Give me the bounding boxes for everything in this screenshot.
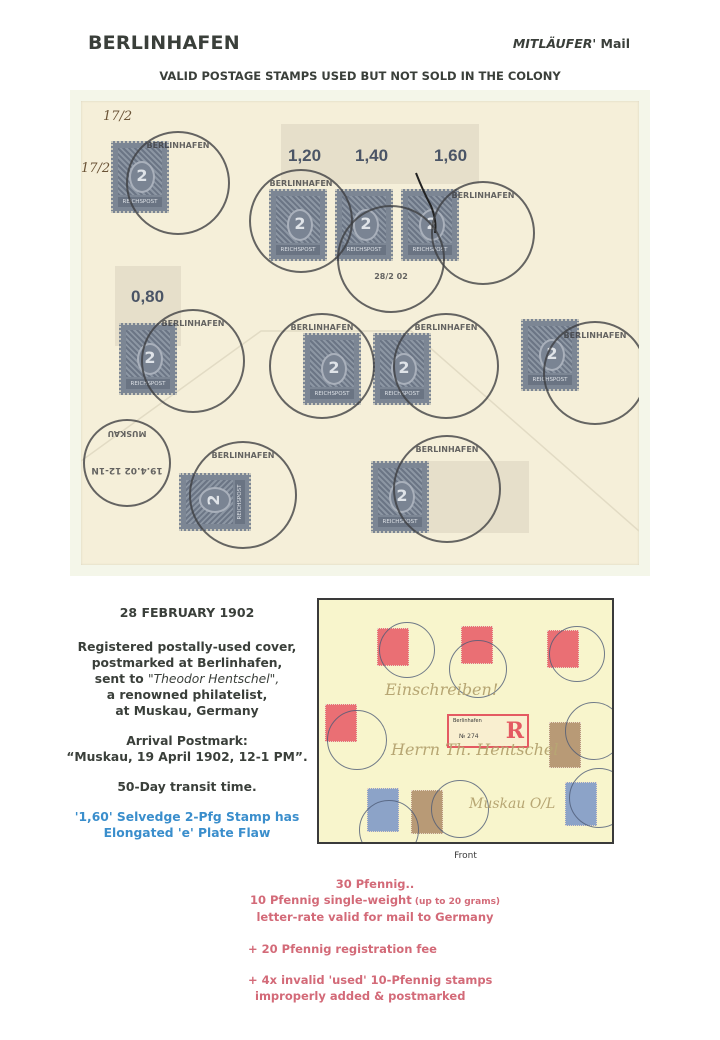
berlinhafen-postmark: BERLINHAFEN [126, 131, 230, 235]
selvedge-value: 1,20 [288, 146, 321, 166]
cover-details: Registered postally-used cover, postmark… [62, 639, 312, 719]
cover-date: 28 FEBRUARY 1902 [62, 605, 312, 621]
mail-type-label: MITLÄUFER' Mail [513, 36, 630, 51]
rate-total: 30 Pfennig.. [200, 877, 550, 893]
page-headline: VALID POSTAGE STAMPS USED BUT NOT SOLD I… [0, 69, 720, 83]
rate-invalid-stamps: + 4x invalid 'used' 10-Pfennig stamps [200, 973, 550, 989]
berlinhafen-postmark: BERLINHAFEN [141, 309, 245, 413]
page-title: BERLINHAFEN [88, 32, 240, 54]
rate-registration-fee: + 20 Pfennig registration fee [200, 942, 550, 958]
rate-invalid-stamps-note: improperly added & postmarked [200, 989, 550, 1005]
berlinhafen-postmark: BERLINHAFEN [269, 313, 375, 419]
postage-rate-note: 30 Pfennig.. 10 Pfennig single-weight (u… [200, 877, 550, 1004]
berlinhafen-postmark: 28/2 02 [337, 205, 445, 313]
cover-front-image: Berlinhafen № 274 R Einschreiben! Herrn … [317, 598, 614, 844]
berlinhafen-postmark: BERLINHAFEN [393, 313, 499, 419]
mitlaufer-label: MITLÄUFER' [513, 36, 596, 51]
pencil-note: 17/2 [103, 109, 132, 124]
muskau-arrival-postmark: 19.4.02 12-1NMUSKAU [83, 419, 171, 507]
mail-label: Mail [596, 36, 630, 51]
cover-back-image: 1,20 1,40 1,60 0,80 17/2 17/22 2REICHSPO… [81, 101, 639, 565]
rate-letter: 10 Pfennig single-weight (up to 20 grams… [200, 893, 550, 911]
berlinhafen-postmark: BERLINHAFEN [431, 181, 535, 285]
berlinhafen-postmark: BERLINHAFEN [393, 435, 501, 543]
selvedge-value: 1,40 [355, 146, 388, 166]
cover-description: 28 FEBRUARY 1902 Registered postally-use… [62, 605, 312, 855]
selvedge-value: 1,60 [434, 146, 467, 166]
selvedge-value: 0,80 [131, 287, 164, 307]
rate-letter-validity: letter-rate valid for mail to Germany [200, 910, 550, 926]
berlinhafen-postmark: BERLINHAFEN [543, 321, 639, 425]
berlinhafen-postmark: BERLINHAFEN [189, 441, 297, 549]
transit-time: 50-Day transit time. [62, 779, 312, 795]
plate-flaw-note: '1,60' Selvedge 2-Pfg Stamp hasElongated… [62, 809, 312, 841]
front-caption: Front [317, 851, 614, 861]
arrival-postmark-note: Arrival Postmark:“Muskau, 19 April 1902,… [62, 733, 312, 765]
